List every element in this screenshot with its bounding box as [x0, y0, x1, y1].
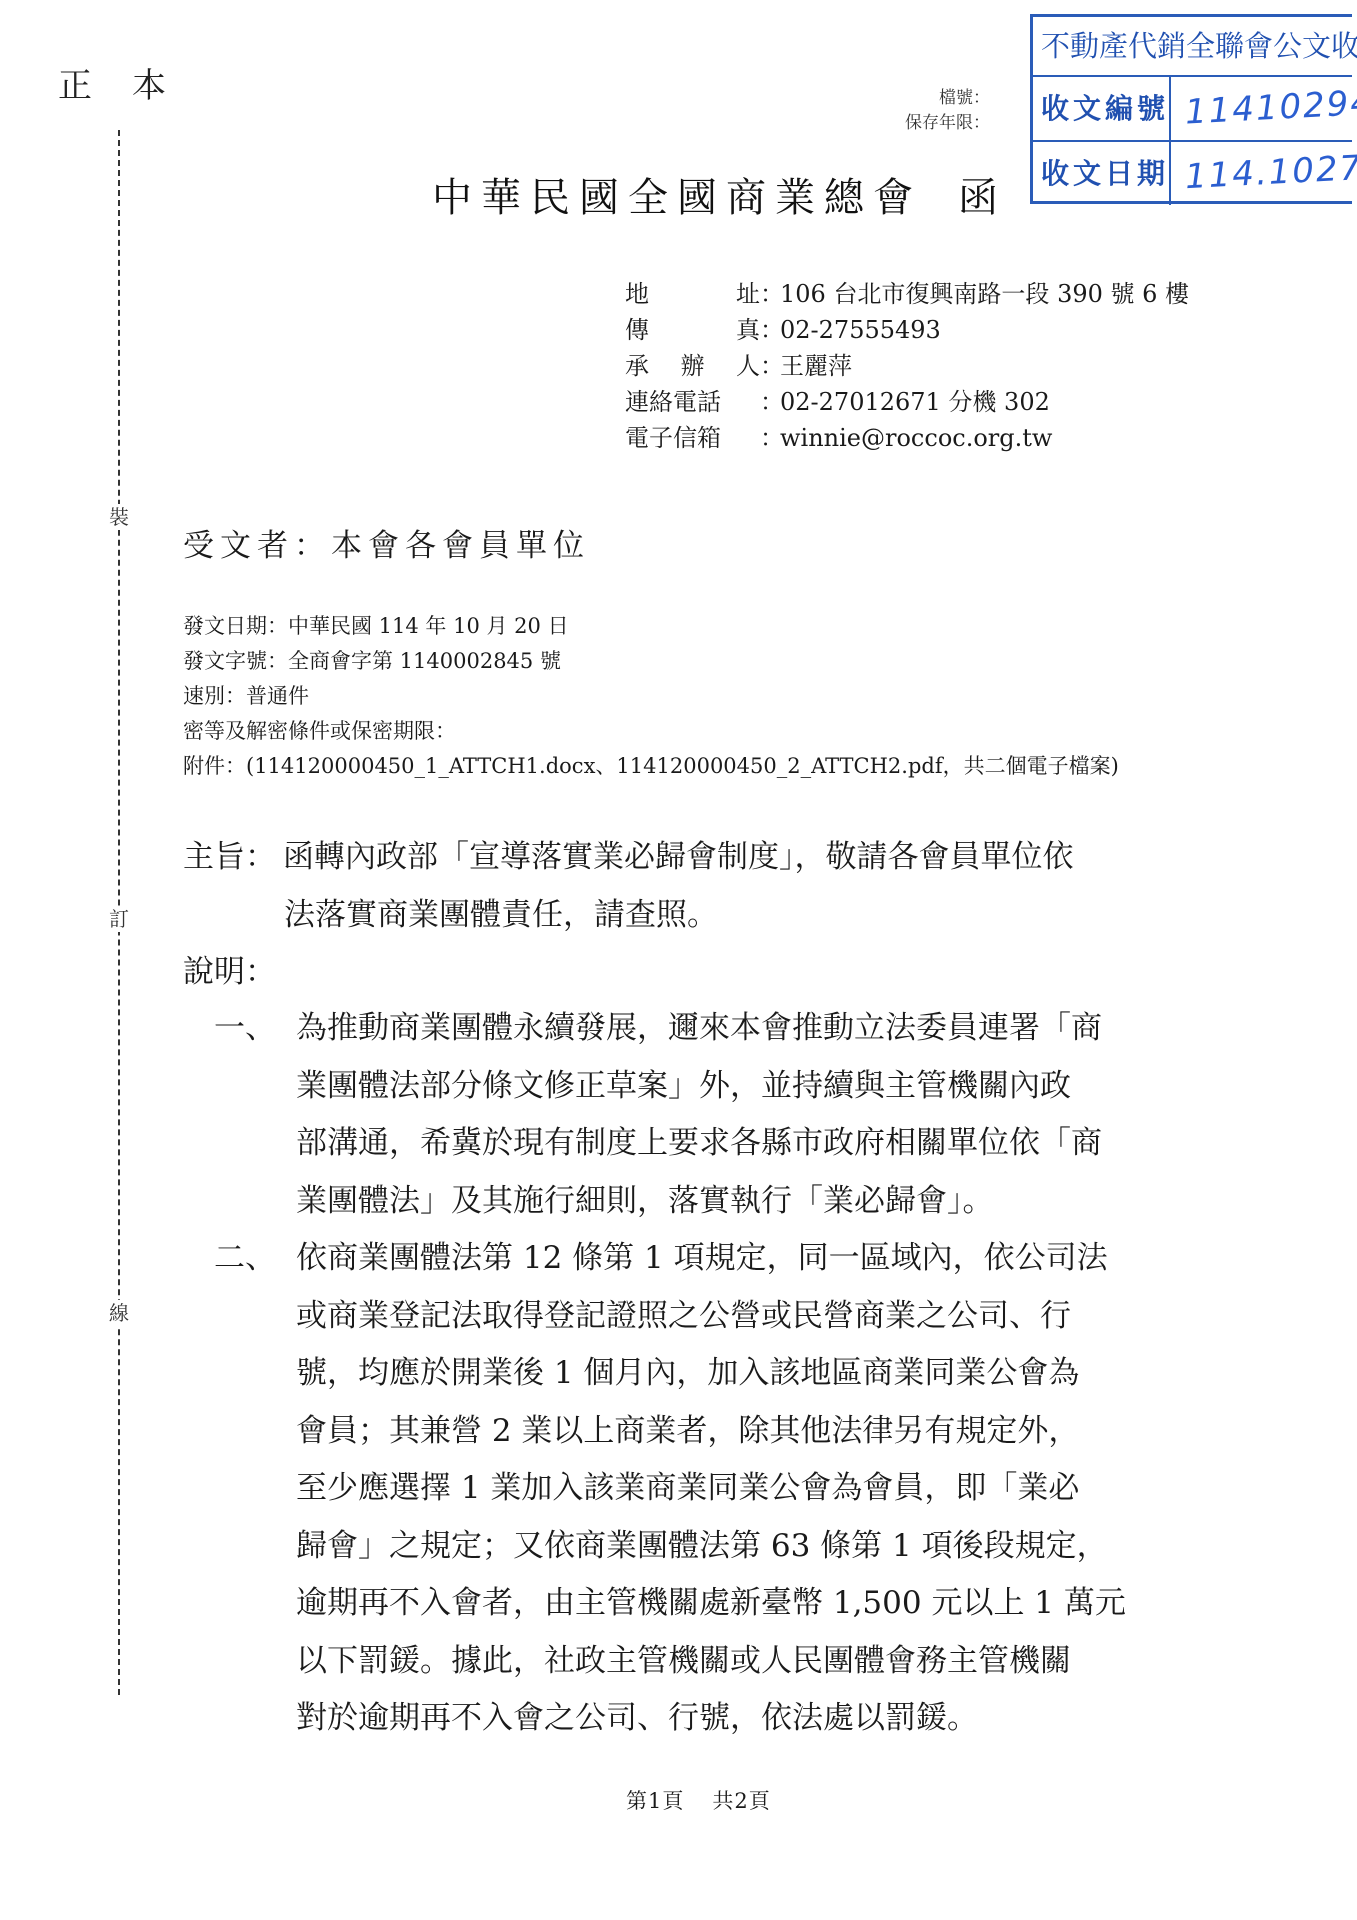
issue-date: 發文日期：中華民國 114 年 10 月 20 日: [183, 609, 1119, 644]
handler-label-3: 人: [736, 348, 760, 384]
address-label-1: 地: [625, 276, 649, 312]
contact-block: 地址 ： 106 台北市復興南路一段 390 號 6 樓 傳真 ： 02-275…: [625, 276, 1189, 456]
item-number: 一、: [214, 1000, 296, 1230]
explanation-item-1: 一、 為推動商業團體永續發展，邇來本會推動立法委員連署「商 業團體法部分條文修正…: [214, 1000, 1234, 1230]
contact-phone: 02-27012671 分機 302: [780, 384, 1050, 420]
binding-mark-xian: 線: [106, 1300, 132, 1326]
attachments[interactable]: 附件：(114120000450_1_ATTCH1.docx、114120000…: [183, 749, 1119, 784]
item-line: 號，均應於開業後 1 個月內，加入該地區商業同業公會為: [296, 1345, 1234, 1403]
contact-phone-row: 連絡電話 ： 02-27012671 分機 302: [625, 384, 1189, 420]
phone-label: 連絡電話: [625, 384, 760, 420]
contact-email[interactable]: winnie@roccoc.org.tw: [780, 420, 1052, 456]
subject-label: 主旨：: [183, 828, 283, 886]
stamp-receipt-date-value: 114.1027: [1169, 137, 1357, 210]
recipient-label: 受文者：: [183, 528, 331, 564]
page-total: 共2頁: [712, 1789, 770, 1813]
stamp-receipt-date-row: 收文日期 114.1027: [1033, 140, 1352, 205]
receipt-stamp: 不動產代銷全聯會公文收文章 收文編號 11410294 收文日期 114.102…: [1030, 14, 1352, 204]
item-line: 部溝通，希冀於現有制度上要求各縣市政府相關單位依「商: [296, 1115, 1234, 1173]
contact-address: 106 台北市復興南路一段 390 號 6 樓: [780, 276, 1189, 312]
contact-email-row: 電子信箱 ： winnie@roccoc.org.tw: [625, 420, 1189, 456]
organization-name: 中華民國全國商業總會: [432, 175, 922, 221]
delivery-speed: 速別：普通件: [183, 679, 1119, 714]
binding-mark-ding: 訂: [106, 906, 132, 932]
classification: 密等及解密條件或保密期限：: [183, 714, 1119, 749]
item-line: 會員；其兼營 2 業以上商業者，除其他法律另有規定外，: [296, 1403, 1234, 1461]
explanation-label: 說明：: [183, 946, 276, 991]
item-line: 業團體法部分條文修正草案」外，並持續與主管機關內政: [296, 1058, 1234, 1116]
explanation-list: 一、 為推動商業團體永續發展，邇來本會推動立法委員連署「商 業團體法部分條文修正…: [214, 1000, 1234, 1748]
item-line: 為推動商業團體永續發展，邇來本會推動立法委員連署「商: [296, 1000, 1234, 1058]
handler-label-1: 承: [625, 348, 649, 384]
copy-mark: 正本: [58, 58, 206, 107]
item-line: 歸會」之規定；又依商業團體法第 63 條第 1 項後段規定，: [296, 1518, 1234, 1576]
document-title: 中華民國全國商業總會函: [432, 166, 1007, 223]
item-line: 至少應選擇 1 業加入該業商業同業公會為會員，即「業必: [296, 1460, 1234, 1518]
item-line: 以下罰鍰。據此，社政主管機關或人民團體會務主管機關: [296, 1633, 1234, 1691]
item-line: 業團體法」及其施行細則，落實執行「業必歸會」。: [296, 1173, 1234, 1231]
subject-section: 主旨：函轉內政部「宣導落實業必歸會制度」，敬請各會員單位依 法落實商業團體責任，…: [183, 828, 1233, 944]
contact-fax: 02-27555493: [780, 312, 941, 348]
item-line: 或商業登記法取得登記證照之公營或民營商業之公司、行: [296, 1288, 1234, 1346]
item-line: 對於逾期再不入會之公司、行號，依法處以罰鍰。: [296, 1690, 1234, 1748]
item-line: 逾期再不入會者，由主管機關處新臺幣 1,500 元以上 1 萬元: [296, 1575, 1234, 1633]
document-meta: 發文日期：中華民國 114 年 10 月 20 日 發文字號：全商會字第 114…: [183, 609, 1119, 784]
recipient-value: 本會各會員單位: [331, 528, 590, 564]
contact-handler: 王麗萍: [780, 348, 852, 384]
file-info: 檔號： 保存年限：: [905, 86, 990, 136]
stamp-receipt-number-label: 收文編號: [1033, 77, 1171, 140]
item-number: 二、: [214, 1230, 296, 1748]
file-number-label: 檔號：: [905, 86, 990, 111]
document-number: 發文字號：全商會字第 1140002845 號: [183, 644, 1119, 679]
subject-line-2: 法落實商業團體責任，請查照。: [183, 886, 1233, 944]
stamp-receipt-number-row: 收文編號 11410294: [1033, 77, 1352, 140]
contact-address-row: 地址 ： 106 台北市復興南路一段 390 號 6 樓: [625, 276, 1189, 312]
contact-fax-row: 傳真 ： 02-27555493: [625, 312, 1189, 348]
stamp-receipt-number-value: 11410294: [1170, 72, 1357, 146]
fax-label-2: 真: [736, 312, 760, 348]
stamp-receipt-date-label: 收文日期: [1033, 142, 1171, 205]
item-line: 依商業團體法第 12 條第 1 項規定，同一區域內，依公司法: [296, 1230, 1234, 1288]
email-label: 電子信箱: [625, 420, 760, 456]
contact-handler-row: 承辦人 ： 王麗萍: [625, 348, 1189, 384]
binding-mark-zhuang: 裝: [106, 504, 132, 530]
subject-line-1: 函轉內政部「宣導落實業必歸會制度」，敬請各會員單位依: [283, 839, 1074, 875]
handler-label-2: 辦: [681, 348, 705, 384]
stamp-title: 不動產代銷全聯會公文收文章: [1033, 17, 1352, 77]
page-footer: 第1頁共2頁: [626, 1785, 771, 1815]
fax-label-1: 傳: [625, 312, 649, 348]
recipient: 受文者：本會各會員單位: [183, 520, 590, 565]
explanation-item-2: 二、 依商業團體法第 12 條第 1 項規定，同一區域內，依公司法 或商業登記法…: [214, 1230, 1234, 1748]
document-type: 函: [958, 175, 1007, 221]
page-current: 第1頁: [626, 1789, 684, 1813]
address-label-2: 址: [736, 276, 760, 312]
retention-label: 保存年限：: [905, 111, 990, 136]
